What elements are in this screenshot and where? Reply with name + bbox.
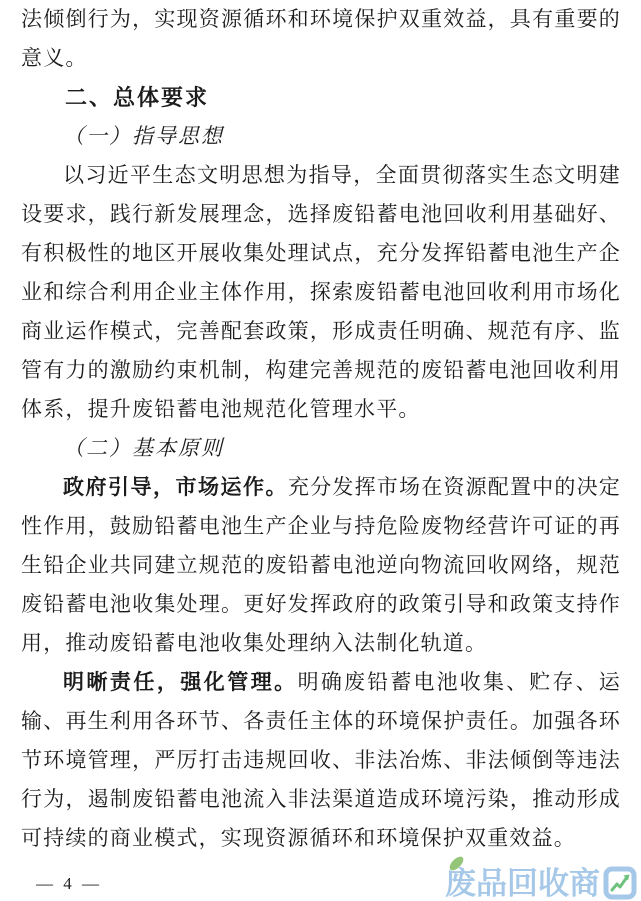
- paragraph-principle-1: 政府引导，市场运作。充分发挥市场在资源配置中的决定性作用，鼓励铅蓄电池生产企业与…: [21, 468, 621, 663]
- paragraph-continuation: 法倾倒行为，实现资源循环和环境保护双重效益，具有重要的意义。: [21, 0, 621, 78]
- chart-arrow-icon: [602, 865, 638, 901]
- page-number: — 4 —: [36, 874, 102, 894]
- section-heading: 二、总体要求: [21, 78, 621, 117]
- watermark-logo: 废品回收商: [445, 859, 638, 901]
- subsection-heading-1: （一）指导思想: [21, 117, 621, 156]
- paragraph-principle-1-text: 充分发挥市场在资源配置中的决定性作用，鼓励铅蓄电池生产企业与持危险废物经营许可证…: [21, 475, 621, 655]
- document-page: 法倾倒行为，实现资源循环和环境保护双重效益，具有重要的意义。 二、总体要求 （一…: [0, 0, 641, 901]
- paragraph-guiding-ideology: 以习近平生态文明思想为指导，全面贯彻落实生态文明建设要求，践行新发展理念，选择废…: [21, 156, 621, 429]
- lead-emphasis: 政府引导，市场运作。: [63, 476, 288, 499]
- subsection-heading-2: （二）基本原则: [21, 429, 621, 468]
- paragraph-principle-2: 明晰责任，强化管理。明确废铅蓄电池收集、贮存、运输、再生利用各环节、各责任主体的…: [21, 663, 621, 858]
- lead-emphasis: 明晰责任，强化管理。: [63, 671, 298, 694]
- page-body: 法倾倒行为，实现资源循环和环境保护双重效益，具有重要的意义。 二、总体要求 （一…: [21, 0, 621, 858]
- watermark-text: 废品回收商: [445, 867, 600, 901]
- paragraph-principle-2-text: 明确废铅蓄电池收集、贮存、运输、再生利用各环节、各责任主体的环境保护责任。加强各…: [21, 670, 621, 850]
